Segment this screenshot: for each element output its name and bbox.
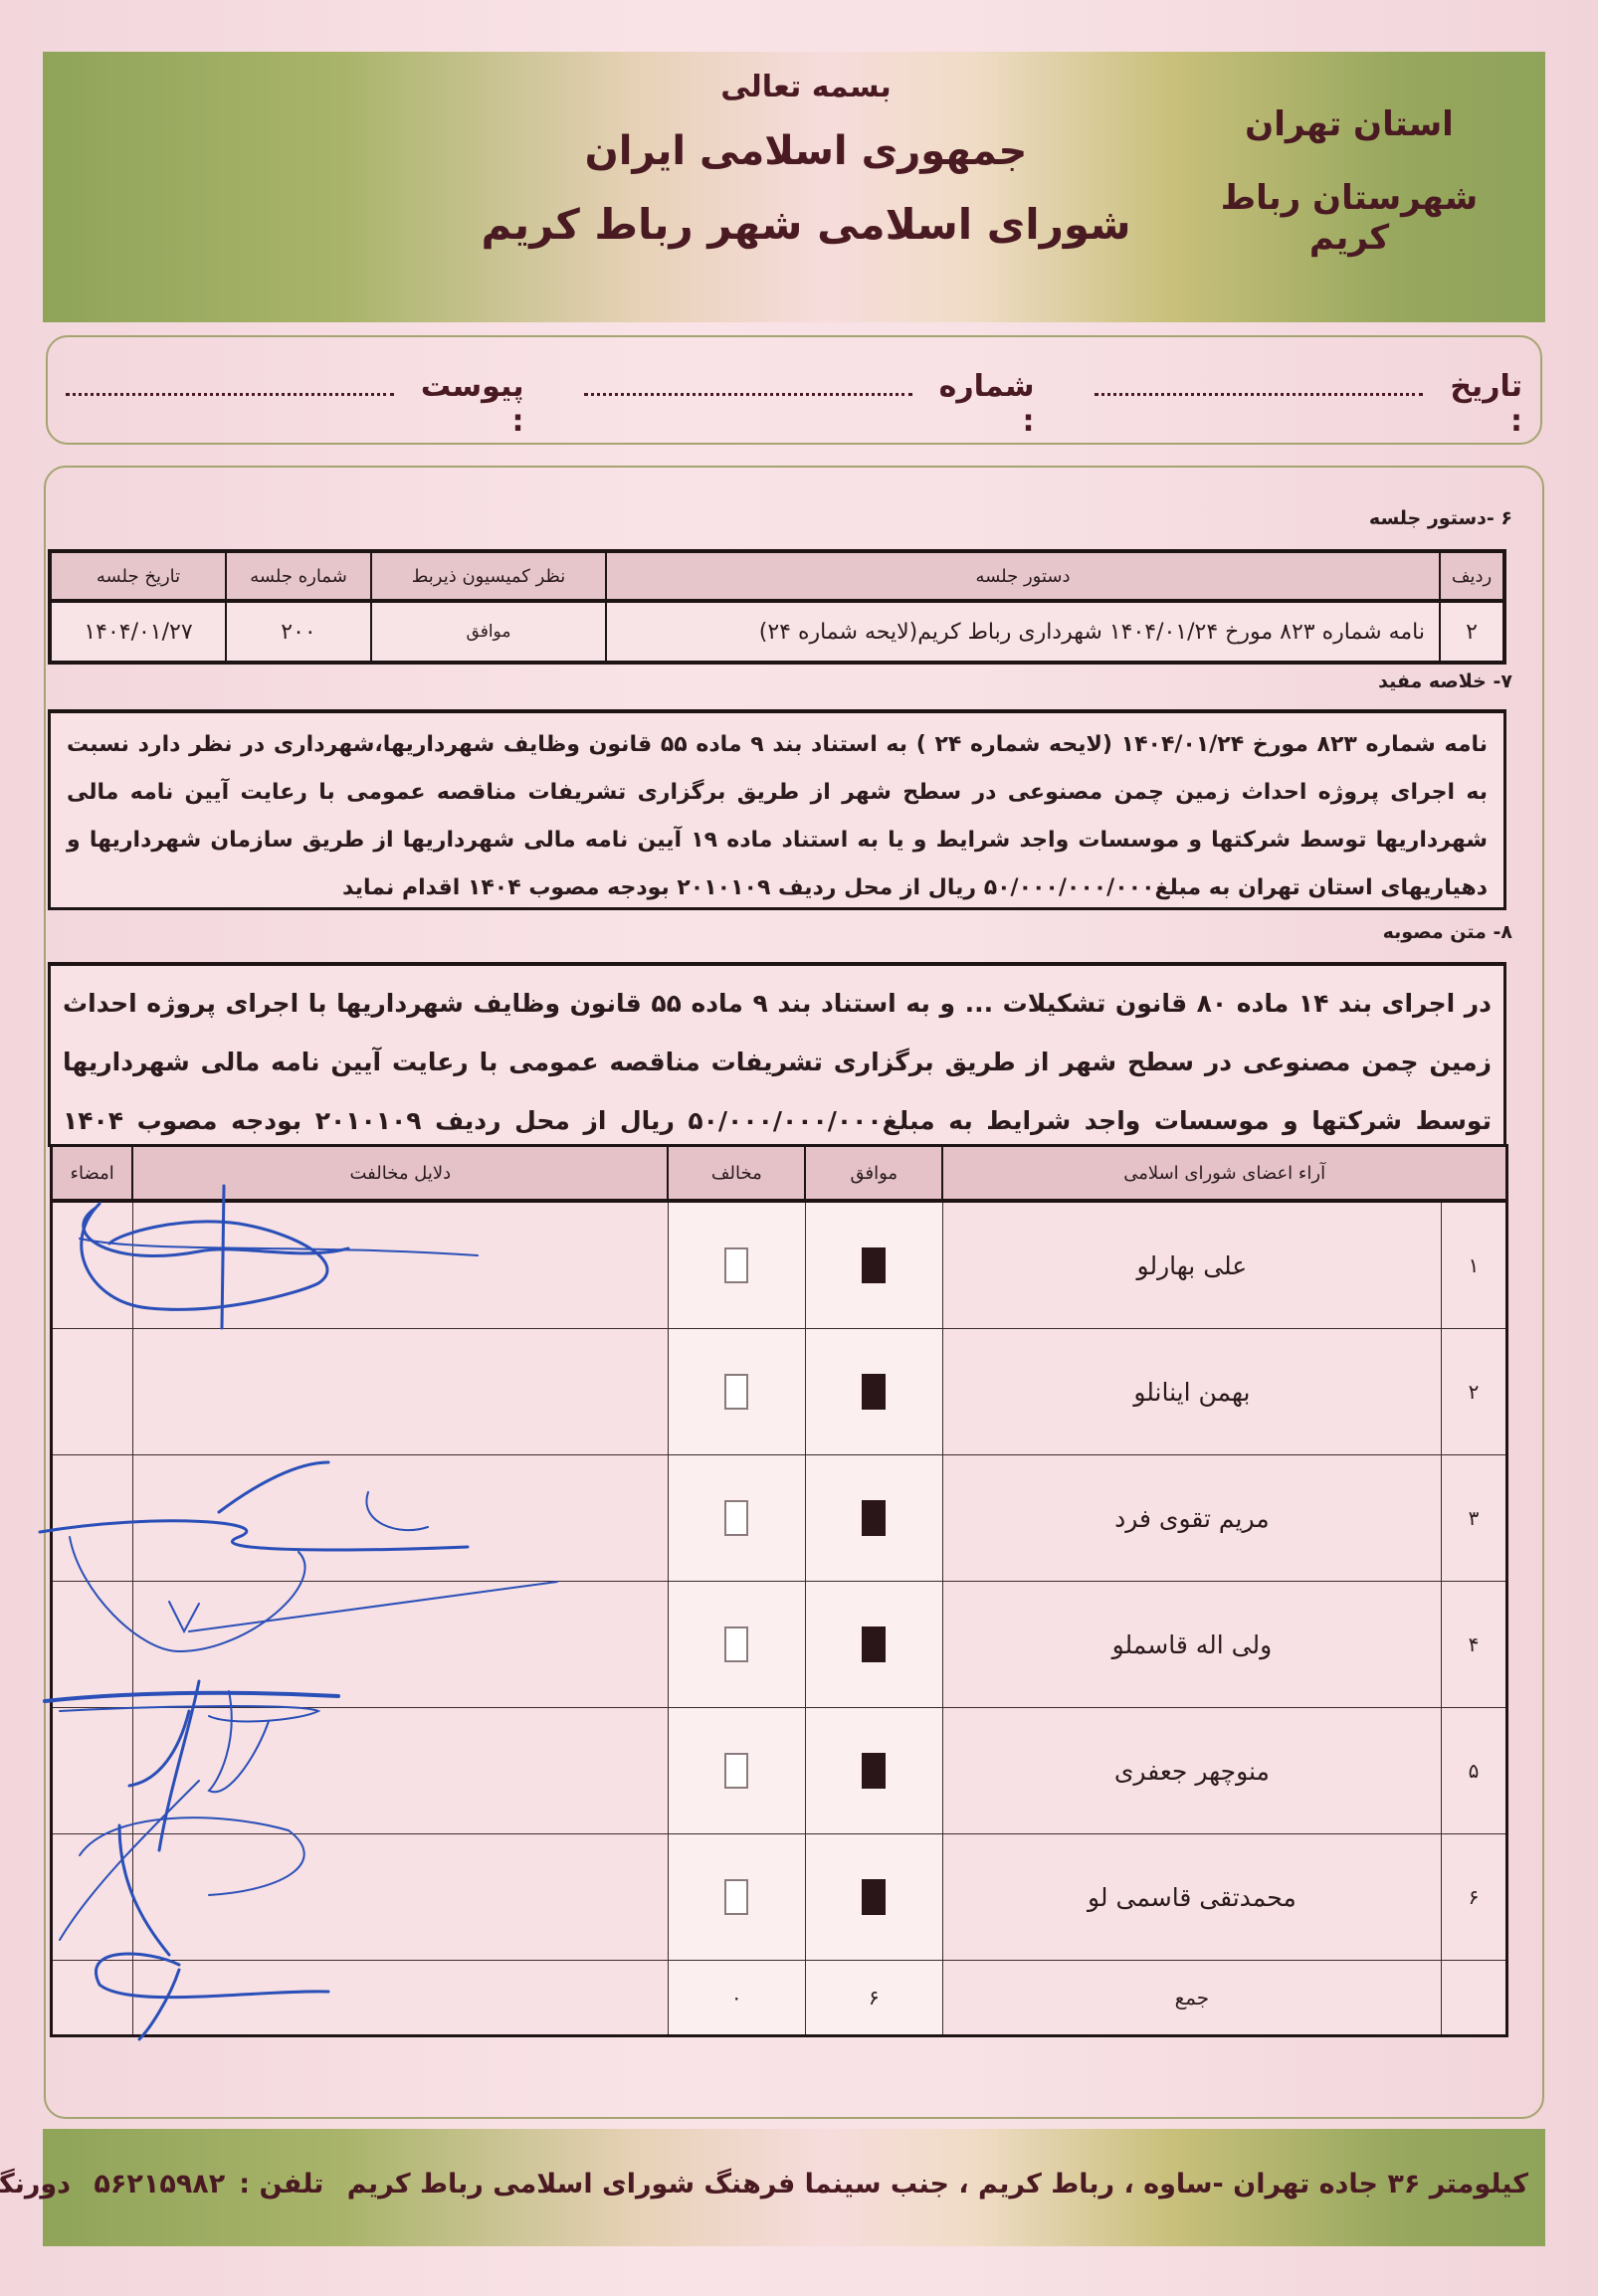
agree-checkbox[interactable] bbox=[805, 1455, 942, 1582]
fax-label: دورنگار : bbox=[0, 2169, 71, 2200]
totals-reason-cell bbox=[132, 1961, 668, 2036]
total-oppose: ۰ bbox=[668, 1961, 805, 2036]
empty-box-icon bbox=[724, 1374, 748, 1410]
member-number: ۳ bbox=[1442, 1455, 1507, 1582]
opposition-reason bbox=[132, 1708, 668, 1834]
member-name: ولی اله قاسملو bbox=[942, 1582, 1441, 1708]
oppose-checkbox[interactable] bbox=[668, 1708, 805, 1834]
agenda-table: ردیف دستور جلسه نظر کمیسیون ذیربط شماره … bbox=[48, 549, 1506, 665]
checked-box-icon bbox=[862, 1374, 886, 1410]
opposition-reason bbox=[132, 1582, 668, 1708]
number-blank bbox=[584, 373, 912, 396]
date-label: تاریخ : bbox=[1431, 369, 1522, 439]
council-name: شورای اسلامی شهر رباط کریم bbox=[428, 200, 1184, 249]
col-row-number: ردیف bbox=[1440, 551, 1504, 601]
col-oppose: مخالف bbox=[668, 1146, 805, 1202]
empty-box-icon bbox=[724, 1879, 748, 1915]
agree-checkbox[interactable] bbox=[805, 1708, 942, 1834]
checked-box-icon bbox=[862, 1626, 886, 1662]
invocation: بسمه تعالی bbox=[428, 70, 1184, 104]
number-field: شماره : bbox=[584, 369, 1035, 439]
session-number: ۲۰۰ bbox=[226, 601, 371, 663]
empty-box-icon bbox=[724, 1247, 748, 1283]
votes-table: آراء اعضای شورای اسلامی موافق مخالف دلای… bbox=[50, 1144, 1508, 2037]
province-name: استان تهران bbox=[1180, 104, 1518, 144]
agree-checkbox[interactable] bbox=[805, 1329, 942, 1455]
col-opposition-reasons: دلایل مخالفت bbox=[132, 1146, 668, 1202]
agree-checkbox[interactable] bbox=[805, 1834, 942, 1961]
opposition-reason bbox=[132, 1455, 668, 1582]
member-row: ۵ منوچهر جعفری bbox=[52, 1708, 1507, 1834]
letterhead-center: بسمه تعالی جمهوری اسلامی ایران شورای اسل… bbox=[428, 70, 1184, 249]
member-name: بهمن اینانلو bbox=[942, 1329, 1441, 1455]
agenda-item-text: نامه شماره ۸۲۳ مورخ ۱۴۰۴/۰۱/۲۴ شهرداری ر… bbox=[606, 601, 1440, 663]
signature-cell bbox=[52, 1834, 133, 1961]
totals-row: جمع ۶ ۰ bbox=[52, 1961, 1507, 2036]
votes-header-row: آراء اعضای شورای اسلامی موافق مخالف دلای… bbox=[52, 1146, 1507, 1202]
member-row: ۳ مریم تقوی فرد bbox=[52, 1455, 1507, 1582]
agenda-row-number: ۲ bbox=[1440, 601, 1504, 663]
oppose-checkbox[interactable] bbox=[668, 1201, 805, 1329]
col-session-date: تاریخ جلسه bbox=[50, 551, 226, 601]
col-signature: امضاء bbox=[52, 1146, 133, 1202]
empty-box-icon bbox=[724, 1626, 748, 1662]
letter-meta-box: تاریخ : شماره : پیوست : bbox=[46, 335, 1542, 445]
member-row: ۶ محمدتقی قاسمی لو bbox=[52, 1834, 1507, 1961]
checked-box-icon bbox=[862, 1500, 886, 1536]
country-name: جمهوری اسلامی ایران bbox=[428, 128, 1184, 174]
col-commission-opinion: نظر کمیسیون ذیربط bbox=[371, 551, 606, 601]
col-agenda-item: دستور جلسه bbox=[606, 551, 1440, 601]
totals-signature-cell bbox=[52, 1961, 133, 2036]
signature-cell bbox=[52, 1708, 133, 1834]
phone-label: تلفن : bbox=[239, 2169, 323, 2200]
approval-section-title: ۸- متن مصوبه bbox=[1383, 921, 1512, 943]
session-date: ۱۴۰۴/۰۱/۲۷ bbox=[50, 601, 226, 663]
oppose-checkbox[interactable] bbox=[668, 1834, 805, 1961]
agenda-header-row: ردیف دستور جلسه نظر کمیسیون ذیربط شماره … bbox=[50, 551, 1504, 601]
agenda-row: ۲ نامه شماره ۸۲۳ مورخ ۱۴۰۴/۰۱/۲۴ شهرداری… bbox=[50, 601, 1504, 663]
oppose-checkbox[interactable] bbox=[668, 1455, 805, 1582]
col-agree: موافق bbox=[805, 1146, 942, 1202]
checked-box-icon bbox=[862, 1247, 886, 1283]
member-number: ۱ bbox=[1442, 1201, 1507, 1329]
number-label: شماره : bbox=[920, 369, 1035, 439]
total-agree: ۶ bbox=[805, 1961, 942, 2036]
member-number: ۵ bbox=[1442, 1708, 1507, 1834]
signature-cell bbox=[52, 1582, 133, 1708]
opposition-reason bbox=[132, 1329, 668, 1455]
totals-label: جمع bbox=[942, 1961, 1441, 2036]
date-blank bbox=[1095, 373, 1423, 396]
signature-cell bbox=[52, 1201, 133, 1329]
oppose-checkbox[interactable] bbox=[668, 1329, 805, 1455]
col-members: آراء اعضای شورای اسلامی bbox=[942, 1146, 1506, 1202]
signature-cell bbox=[52, 1329, 133, 1455]
col-session-number: شماره جلسه bbox=[226, 551, 371, 601]
checked-box-icon bbox=[862, 1879, 886, 1915]
commission-opinion: موافق bbox=[371, 601, 606, 663]
agree-checkbox[interactable] bbox=[805, 1582, 942, 1708]
approval-text-box: در اجرای بند ۱۴ ماده ۸۰ قانون تشکیلات ..… bbox=[48, 962, 1506, 1147]
summary-text-box: نامه شماره ۸۲۳ مورخ ۱۴۰۴/۰۱/۲۴ (لایحه شم… bbox=[48, 709, 1506, 910]
member-name: علی بهارلو bbox=[942, 1201, 1441, 1329]
member-number: ۲ bbox=[1442, 1329, 1507, 1455]
opposition-reason bbox=[132, 1201, 668, 1329]
member-row: ۲ بهمن اینانلو bbox=[52, 1329, 1507, 1455]
totals-number-cell bbox=[1442, 1961, 1507, 2036]
empty-box-icon bbox=[724, 1500, 748, 1536]
member-name: محمدتقی قاسمی لو bbox=[942, 1834, 1441, 1961]
attachment-field: پیوست : bbox=[66, 369, 524, 439]
signature-cell bbox=[52, 1455, 133, 1582]
attachment-blank bbox=[66, 373, 394, 396]
letterhead-location: استان تهران شهرستان رباط کریم bbox=[1180, 104, 1518, 258]
summary-section-title: ۷- خلاصه مفید bbox=[1378, 670, 1512, 692]
oppose-checkbox[interactable] bbox=[668, 1582, 805, 1708]
member-name: مریم تقوی فرد bbox=[942, 1455, 1441, 1582]
member-number: ۴ bbox=[1442, 1582, 1507, 1708]
member-row: ۴ ولی اله قاسملو bbox=[52, 1582, 1507, 1708]
footer-contact: کیلومتر ۳۶ جاده تهران -ساوه ، رباط کریم … bbox=[0, 2169, 1528, 2200]
member-row: ۱ علی بهارلو bbox=[52, 1201, 1507, 1329]
agenda-section-title: ۶ -دستور جلسه bbox=[1369, 507, 1512, 529]
footer-address: کیلومتر ۳۶ جاده تهران -ساوه ، رباط کریم … bbox=[347, 2169, 1528, 2200]
phone-number: ۵۶۲۱۵۹۸۲ bbox=[94, 2169, 225, 2200]
opposition-reason bbox=[132, 1834, 668, 1961]
agree-checkbox[interactable] bbox=[805, 1201, 942, 1329]
member-name: منوچهر جعفری bbox=[942, 1708, 1441, 1834]
county-name: شهرستان رباط کریم bbox=[1180, 178, 1518, 258]
date-field: تاریخ : bbox=[1095, 369, 1523, 439]
checked-box-icon bbox=[862, 1753, 886, 1789]
empty-box-icon bbox=[724, 1753, 748, 1789]
member-number: ۶ bbox=[1442, 1834, 1507, 1961]
attachment-label: پیوست : bbox=[402, 369, 523, 439]
